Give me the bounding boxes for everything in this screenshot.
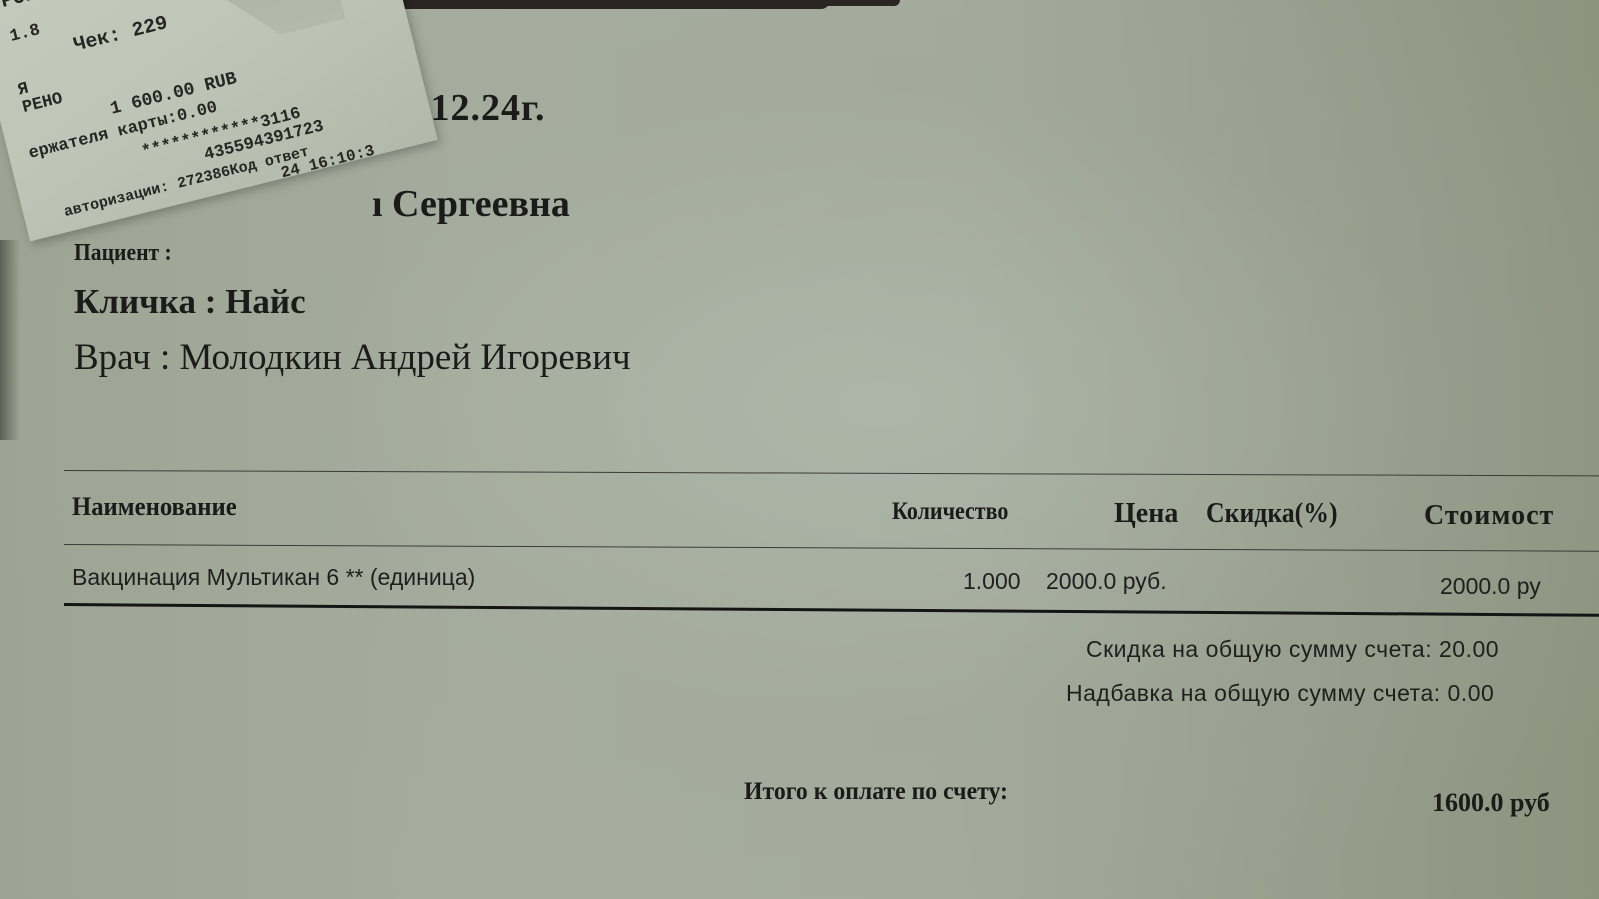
receipt-line: РОВА, bbox=[0, 0, 63, 14]
column-header-quantity: Количество bbox=[892, 498, 1008, 526]
owner-name: ı Сергеевна bbox=[372, 182, 570, 226]
row-price: 2000.0 руб. bbox=[1046, 568, 1167, 595]
total-discount: Скидка на общую сумму счета: 20.00 bbox=[1086, 636, 1499, 663]
column-header-name: Наименование bbox=[72, 492, 237, 522]
row-quantity: 1.000 bbox=[963, 568, 1021, 595]
total-label: Итого к оплате по счету: bbox=[744, 778, 1008, 806]
pet-name: Кличка : Найс bbox=[74, 282, 306, 322]
row-item-name: Вакцинация Мультикан 6 ** (единица) bbox=[72, 564, 475, 591]
total-markup: Надбавка на общую сумму счета: 0.00 bbox=[1066, 680, 1494, 707]
column-header-cost: Стоимост bbox=[1424, 500, 1554, 532]
doctor-name: Врач : Молодкин Андрей Игоревич bbox=[74, 336, 631, 379]
receipt-line: 1.8 bbox=[8, 21, 42, 47]
total-value: 1600.0 руб bbox=[1432, 788, 1550, 818]
column-header-price: Цена bbox=[1114, 498, 1178, 530]
edge-shadow bbox=[0, 240, 20, 440]
receipt-check-number: Чек: 229 bbox=[72, 12, 171, 58]
column-header-discount: Скидка(%) bbox=[1206, 498, 1338, 530]
patient-label: Пациент : bbox=[74, 240, 172, 267]
dark-background-edge bbox=[700, 0, 900, 6]
row-cost: 2000.0 ру bbox=[1440, 573, 1541, 600]
